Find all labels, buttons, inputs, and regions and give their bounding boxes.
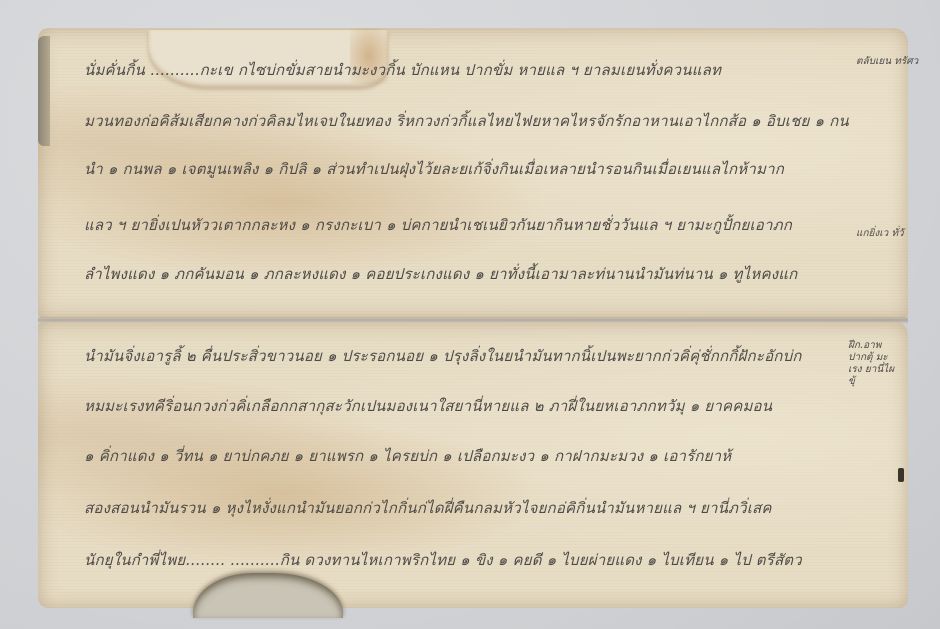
text-line: นั่มคั่นกิ้น ..........กะเข กไซบ่กขั่มสา… — [84, 58, 721, 82]
manuscript: นั่มคั่นกิ้น ..........กะเข กไซบ่กขั่มสา… — [38, 28, 908, 608]
text-line: นักยุในกำพี่ไพย........ ..........กิน ดว… — [84, 548, 802, 572]
text-line: มวนทองก่อคิส้มเสียกคางก่วคิลมไหเจบในยทอง… — [84, 109, 849, 133]
manuscript-bottom-leaf: นำมันจิ่งเอารูลิ้ ๒ คื่นประสิ่วขาวนอย ๑ … — [38, 322, 908, 608]
text-line: แลว ฯ ยายิ่งเปนหัววเตากกละหง ๑ กรงกะเบา … — [84, 213, 792, 237]
margin-note: แกยิ่งเว ทั่วั — [856, 228, 904, 240]
text-line: สองสอนนำมันรวน ๑ หุงไหงั่งแกนำมันยอกก่วไ… — [84, 496, 772, 520]
margin-note: ตลับเยน ทรัศว — [856, 56, 918, 68]
manuscript-top-leaf: นั่มคั่นกิ้น ..........กะเข กไซบ่กขั่มสา… — [38, 28, 908, 318]
worn-left-edge — [38, 36, 50, 146]
text-line: หมมะเรงทคีริ่อนกวงก่วคิ่เกลือกกสากุสะวัก… — [84, 394, 772, 418]
text-line: ๑ คิ่กาแดง ๑ วี่ทน ๑ ยาบ่กคภย ๑ ยาแพรก ๑… — [84, 444, 731, 468]
margin-note: ฝีก.อาพ ปากตุ้ มะเรง ยานี่ไผ ขุ้ — [848, 340, 898, 388]
text-line: ลำไพงแดง ๑ ภกคันมอน ๑ ภกละหงแดง ๑ คอยประ… — [84, 262, 797, 286]
text-line: นำ ๑ กนพล ๑ เจตมูนเพลิง ๑ กิปลิ ๑ ส่วนทำ… — [84, 157, 784, 181]
ink-blot — [898, 468, 904, 482]
text-line: นำมันจิ่งเอารูลิ้ ๒ คื่นประสิ่วขาวนอย ๑ … — [84, 344, 802, 368]
